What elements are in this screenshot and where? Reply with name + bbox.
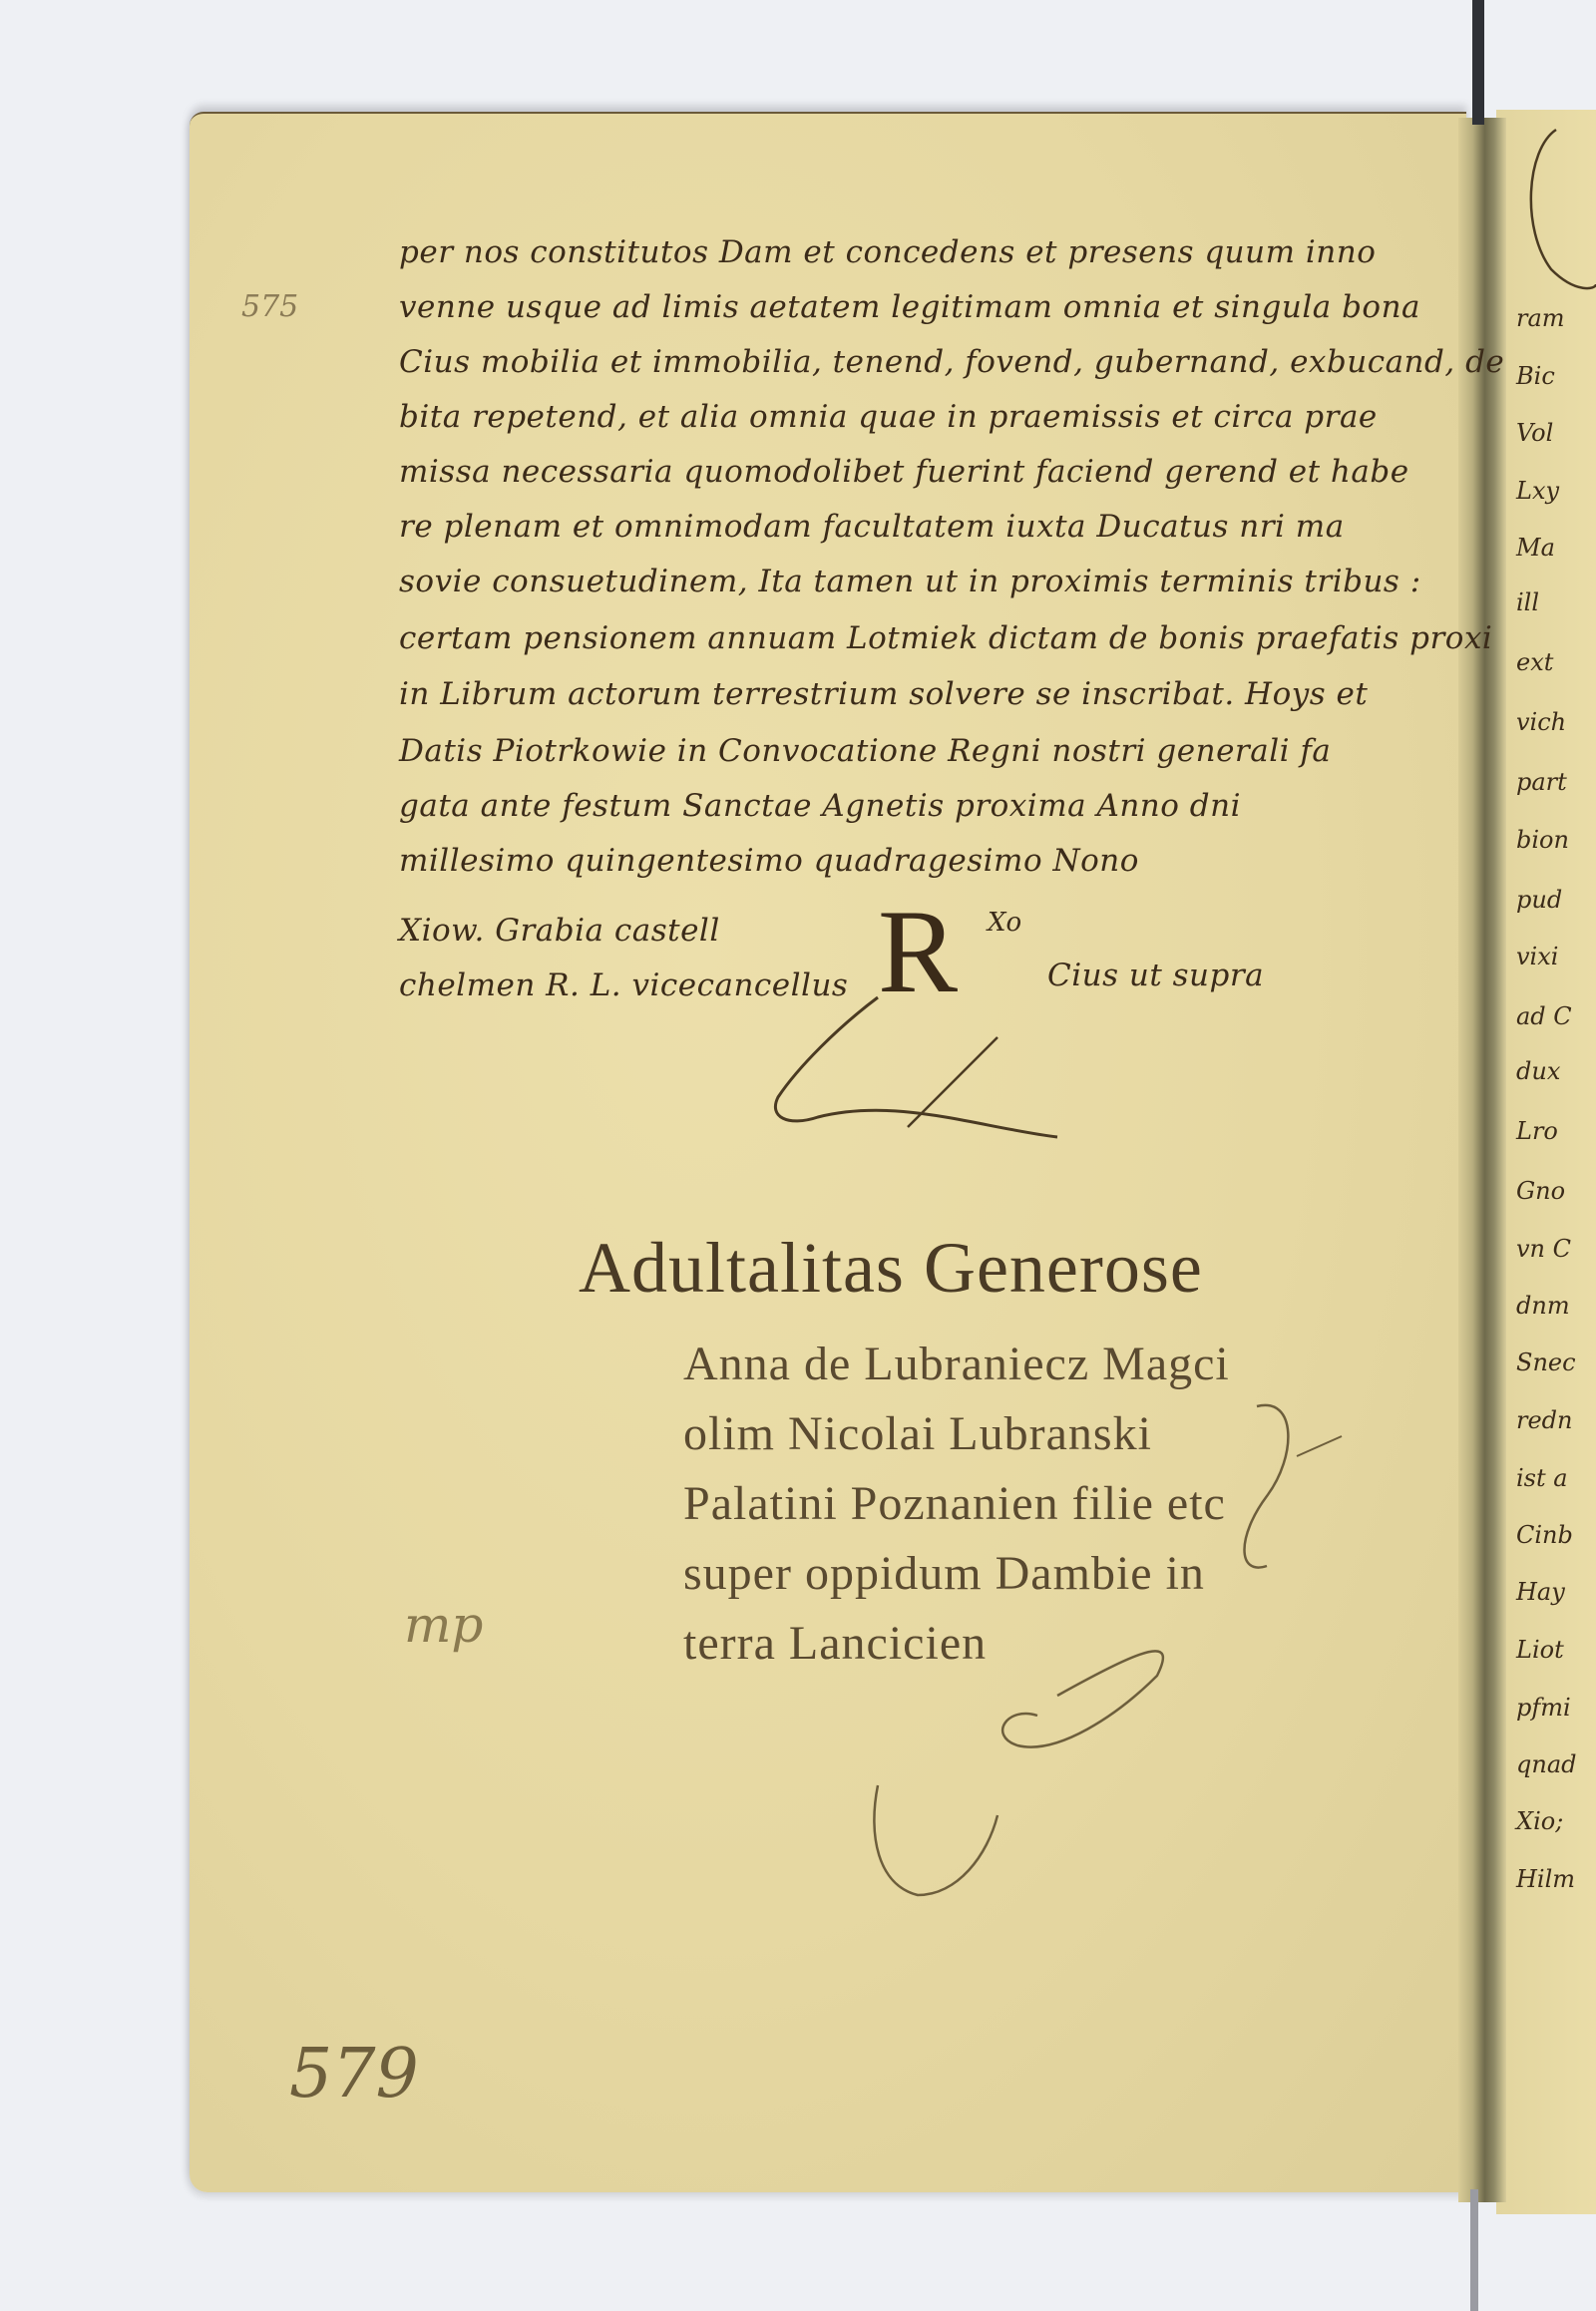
fragment: Liot (1516, 1636, 1564, 1664)
fragment: bion (1516, 826, 1569, 854)
fragment: Vol (1516, 419, 1553, 447)
fragment: pfmi (1516, 1694, 1571, 1722)
fragment: Cinb (1516, 1521, 1573, 1549)
royal-monogram: R (878, 883, 958, 1020)
text-line: in Librum actorum terrestrium solvere se… (399, 676, 1368, 712)
signature-right: Cius ut supra (1047, 958, 1264, 993)
entry-heading-title: Adultalitas Generose (579, 1227, 1203, 1310)
fragment: Gno (1516, 1177, 1565, 1205)
text-line: bita repetend, et alia omnia quae in pra… (399, 399, 1378, 435)
text-line: venne usque ad limis aetatem legitimam o… (399, 289, 1420, 325)
fragment: Lro (1516, 1117, 1558, 1145)
fragment: qnad (1516, 1750, 1577, 1778)
fragment: Hay (1516, 1578, 1565, 1606)
fragment: Xio; (1516, 1807, 1563, 1835)
fragment: part (1516, 768, 1567, 796)
text-line: per nos constitutos Dam et concedens et … (399, 234, 1376, 270)
folio-number: 579 (289, 2035, 419, 2114)
fragment: ad C (1516, 1002, 1572, 1030)
fragment: pud (1516, 886, 1562, 914)
fragment: Snec (1516, 1348, 1576, 1376)
fragment: ext (1516, 648, 1553, 676)
fragment: Ma (1516, 534, 1555, 562)
text-line: Datis Piotrkowie in Convocatione Regni n… (399, 733, 1331, 769)
signature-left-line1: Xiow. Grabia castell (399, 913, 720, 949)
fragment: dux (1516, 1057, 1560, 1085)
margin-mark: mp (404, 1596, 483, 1654)
entry-heading-line: Palatini Poznanien filie etc (683, 1476, 1226, 1531)
fragment: ill (1516, 588, 1539, 616)
fragment: ist a (1516, 1464, 1568, 1492)
fragment: Lxy (1516, 477, 1559, 505)
entry-heading-line: super oppidum Dambie in (683, 1546, 1205, 1601)
entry-heading-line: olim Nicolai Lubranski (683, 1406, 1152, 1461)
book-gutter (1458, 118, 1506, 2202)
text-line: gata ante festum Sanctae Agnetis proxima… (399, 788, 1241, 824)
spine-edge-bottom (1470, 2189, 1478, 2311)
text-line: Cius mobilia et immobilia, tenend, foven… (399, 344, 1504, 380)
fragment: vn C (1516, 1235, 1571, 1263)
fragment: dnm (1516, 1292, 1570, 1320)
monogram-superscript: Xo (988, 908, 1021, 938)
margin-page-number: 575 (241, 289, 298, 324)
fragment: vixi (1516, 943, 1558, 970)
spine-edge (1472, 0, 1484, 125)
text-line: millesimo quingentesimo quadragesimo Non… (399, 843, 1139, 879)
signature-left-line2: chelmen R. L. vicecancellus (399, 967, 848, 1003)
text-line: sovie consuetudinem, Ita tamen ut in pro… (399, 564, 1421, 599)
fragment: redn (1516, 1406, 1573, 1434)
text-line: re plenam et omnimodam facultatem iuxta … (399, 509, 1345, 545)
text-line: certam pensionem annuam Lotmiek dictam d… (399, 620, 1492, 656)
fragment: ram (1516, 304, 1565, 332)
text-line: missa necessaria quomodolibet fuerint fa… (399, 454, 1409, 490)
entry-heading-line: Anna de Lubraniecz Magci (683, 1337, 1230, 1391)
fragment: Hilm (1516, 1865, 1575, 1893)
fragment: vich (1516, 708, 1566, 736)
fragment: Bic (1516, 362, 1555, 390)
entry-heading-line: terra Lancicien (683, 1616, 987, 1671)
